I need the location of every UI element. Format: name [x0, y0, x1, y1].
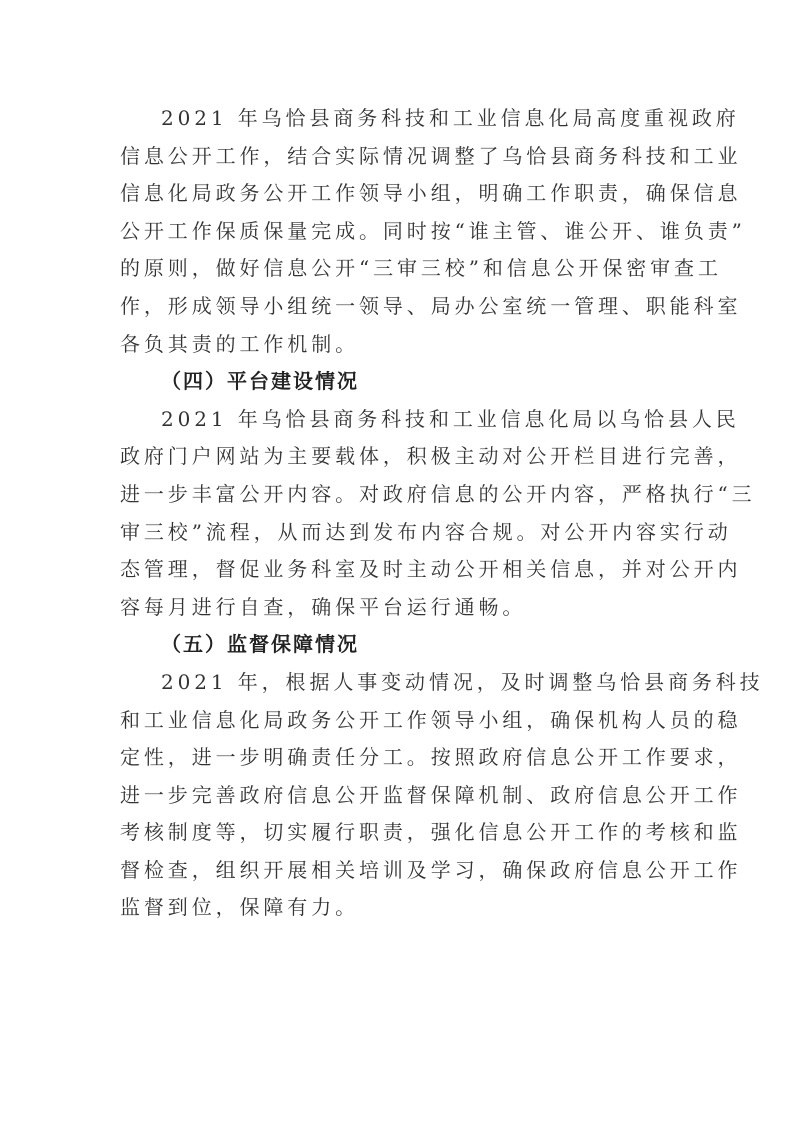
text-line: 2021 年，根据人事变动情况，及时调整乌恰县商务科技: [120, 664, 676, 702]
text-line: 定性，进一步明确责任分工。按照政府信息公开工作要求，: [120, 739, 676, 777]
text-line: 各负其责的工作机制。: [120, 326, 676, 364]
text-line: 公开工作保质保量完成。同时按“谁主管、谁公开、谁负责”: [120, 213, 676, 251]
text-line: 和工业信息化局政务公开工作领导小组，确保机构人员的稳: [120, 702, 676, 740]
text-line: 政府门户网站为主要载体，积极主动对公开栏目进行完善，: [120, 438, 676, 476]
text-line: 督检查，组织开展相关培训及学习，确保政府信息公开工作: [120, 852, 676, 890]
paragraph-platform: 2021 年乌恰县商务科技和工业信息化局以乌恰县人民 政府门户网站为主要载体，积…: [120, 401, 676, 627]
text-line: 作，形成领导小组统一领导、局办公室统一管理、职能科室: [120, 288, 676, 326]
text-line: 2021 年乌恰县商务科技和工业信息化局高度重视政府: [120, 100, 676, 138]
text-line: 考核制度等，切实履行职责，强化信息公开工作的考核和监: [120, 814, 676, 852]
section-heading-platform: （四）平台建设情况: [120, 363, 676, 401]
text-line: 2021 年乌恰县商务科技和工业信息化局以乌恰县人民: [120, 401, 676, 439]
section-heading-supervision: （五）监督保障情况: [120, 626, 676, 664]
text-line: 容每月进行自查，确保平台运行通畅。: [120, 589, 676, 627]
text-line: 审三校”流程，从而达到发布内容合规。对公开内容实行动: [120, 514, 676, 552]
text-line: 进一步丰富公开内容。对政府信息的公开内容，严格执行“三: [120, 476, 676, 514]
text-line: 信息化局政务公开工作领导小组，明确工作职责，确保信息: [120, 175, 676, 213]
text-line: 态管理，督促业务科室及时主动公开相关信息，并对公开内: [120, 551, 676, 589]
document-page: 2021 年乌恰县商务科技和工业信息化局高度重视政府 信息公开工作，结合实际情况…: [120, 100, 676, 927]
paragraph-supervision: 2021 年，根据人事变动情况，及时调整乌恰县商务科技 和工业信息化局政务公开工…: [120, 664, 676, 927]
text-line: 进一步完善政府信息公开监督保障机制、政府信息公开工作: [120, 777, 676, 815]
text-line: 信息公开工作，结合实际情况调整了乌恰县商务科技和工业: [120, 138, 676, 176]
text-line: 的原则，做好信息公开“三审三校”和信息公开保密审查工: [120, 250, 676, 288]
paragraph-leadership: 2021 年乌恰县商务科技和工业信息化局高度重视政府 信息公开工作，结合实际情况…: [120, 100, 676, 363]
text-line: 监督到位，保障有力。: [120, 889, 676, 927]
